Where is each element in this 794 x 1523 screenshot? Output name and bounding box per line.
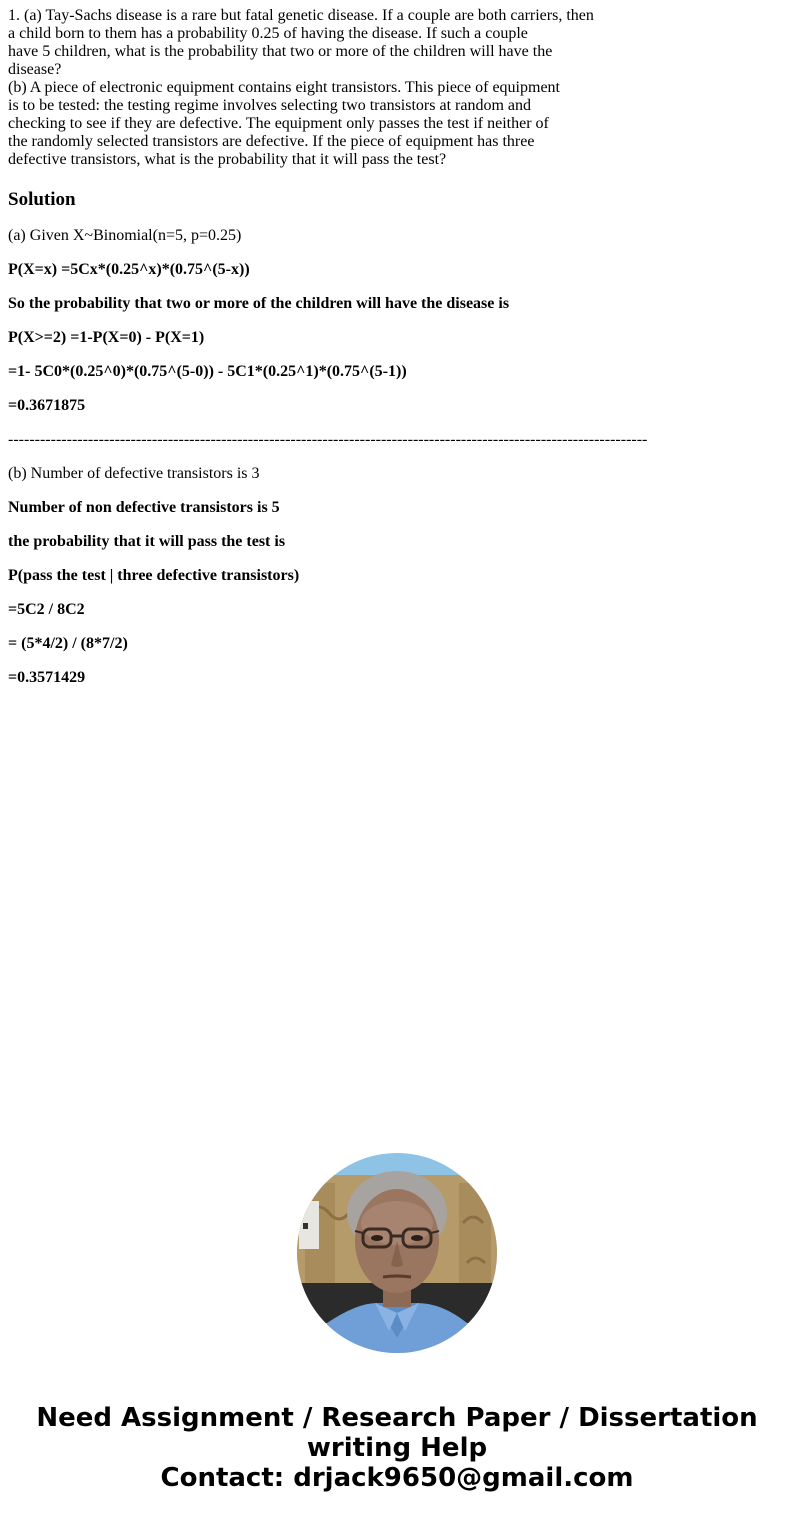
question-text: 1. (a) Tay-Sachs disease is a rare but f… [8, 7, 788, 169]
part-a-result: =0.3671875 [8, 397, 788, 415]
author-avatar [297, 1153, 497, 1353]
question-line: a child born to them has a probability 0… [8, 25, 788, 43]
document-content: 1. (a) Tay-Sachs disease is a rare but f… [8, 7, 788, 687]
question-line: defective transistors, what is the proba… [8, 151, 788, 169]
part-a-given: (a) Given X~Binomial(n=5, p=0.25) [8, 227, 788, 245]
person-photo-icon [297, 1153, 497, 1353]
solution-body: (a) Given X~Binomial(n=5, p=0.25) P(X=x)… [8, 211, 788, 687]
part-b-combination: =5C2 / 8C2 [8, 601, 788, 619]
question-line: is to be tested: the testing regime invo… [8, 97, 788, 115]
question-line: have 5 children, what is the probability… [8, 43, 788, 61]
part-b-result: =0.3571429 [8, 669, 788, 687]
part-a-statement: So the probability that two or more of t… [8, 295, 788, 313]
question-line: disease? [8, 61, 788, 79]
separator-line: ----------------------------------------… [8, 431, 788, 449]
promo-banner: Need Assignment / Research Paper / Disse… [0, 1403, 794, 1493]
part-b-defective: (b) Number of defective transistors is 3 [8, 465, 788, 483]
promo-line-1: Need Assignment / Research Paper / Disse… [0, 1403, 794, 1433]
question-line: 1. (a) Tay-Sachs disease is a rare but f… [8, 7, 788, 25]
solution-heading: Solution [8, 189, 788, 211]
question-line: the randomly selected transistors are de… [8, 133, 788, 151]
part-b-statement: the probability that it will pass the te… [8, 533, 788, 551]
part-a-formula: P(X>=2) =1-P(X=0) - P(X=1) [8, 329, 788, 347]
part-b-formula: P(pass the test | three defective transi… [8, 567, 788, 585]
part-a-expansion: =1- 5C0*(0.25^0)*(0.75^(5-0)) - 5C1*(0.2… [8, 363, 788, 381]
part-b-non-defective: Number of non defective transistors is 5 [8, 499, 788, 517]
question-line: checking to see if they are defective. T… [8, 115, 788, 133]
promo-contact: Contact: drjack9650@gmail.com [0, 1463, 794, 1493]
question-line: (b) A piece of electronic equipment cont… [8, 79, 788, 97]
part-a-pmf: P(X=x) =5Cx*(0.25^x)*(0.75^(5-x)) [8, 261, 788, 279]
part-b-expansion: = (5*4/2) / (8*7/2) [8, 635, 788, 653]
promo-line-2: writing Help [0, 1433, 794, 1463]
